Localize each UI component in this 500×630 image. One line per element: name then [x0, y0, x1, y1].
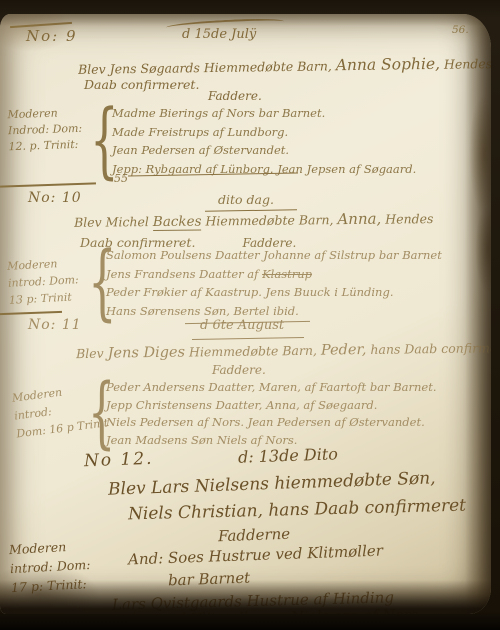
entry-body-line: Niels Christian, hans Daab confirmeret	[128, 496, 466, 525]
sponsor-list: Peder Andersens Daatter, Maren, af Faart…	[106, 379, 437, 449]
child-name: Peder,	[321, 342, 367, 359]
margin-note: Moderen introd: Dom: 13 p: Trinit	[7, 254, 80, 309]
margin-line: 13 p: Trinit	[8, 288, 80, 309]
sponsor-list: Madme Bierings af Nors bar Barnet. Made …	[112, 104, 416, 178]
page-edge-shadow	[465, 14, 491, 614]
body-text: Blev Jens Søgaards Hiemmedøbte Barn,	[78, 58, 336, 77]
child-name: Anna,	[337, 210, 381, 228]
struck-word: Klastrup	[262, 267, 312, 281]
margin-mark: 55	[114, 172, 128, 185]
page-edge-shadow	[0, 14, 491, 26]
child-name: Anna Sophie,	[336, 55, 440, 74]
body-text: Hiemmedøbte Barn,	[201, 212, 337, 228]
entry-body-line: Blev Jens Diges Hiemmedøbte Barn, Peder,…	[76, 337, 491, 362]
entry-body-line: Blev Michel Backes Hiemmedøbte Barn, Ann…	[74, 208, 434, 231]
entry-date: dito dag.	[218, 192, 274, 207]
sponsor-text: Jens Frandsens Daatter af	[106, 267, 262, 281]
sponsor-line: Niels Pedersen af Nors. Jean Pedersen af…	[106, 414, 437, 432]
entry-body-line: Daab confirmeret.	[84, 77, 199, 92]
margin-note: Moderen Indrod: Dom: 12. p. Trinit:	[7, 105, 83, 156]
entry-body-line: Blev Lars Nielsens hiemmedøbte Søn,	[108, 468, 436, 499]
sponsor-line: Peder Frøkier af Kaastrup. Jens Buuck i …	[106, 283, 442, 302]
entry-body-line: Blev Jens Søgaards Hiemmedøbte Barn, Ann…	[78, 53, 491, 78]
divider-stroke	[0, 311, 62, 315]
father-name: Jens Diges	[108, 345, 186, 362]
faddere-label: Fadderne	[218, 525, 291, 546]
paper-page: No: 9 d 15de Julÿ 56. Blev Jens Søgaards…	[0, 14, 491, 614]
faddere-label: Faddere.	[208, 89, 262, 103]
entry-date: d: 13de Dito	[238, 444, 338, 466]
sponsor-list: Salomon Poulsens Daatter Johanne af Sils…	[106, 246, 442, 320]
entry-number: No: 10	[28, 190, 82, 206]
entry-number: No 12.	[84, 449, 154, 471]
entry-number: No: 11	[28, 317, 82, 333]
father-name: Backes	[153, 214, 202, 232]
margin-line: 12. p. Trinit:	[8, 137, 83, 156]
sponsor-line: Madme Bierings af Nors bar Barnet.	[112, 104, 416, 123]
body-text: Hendes	[381, 211, 433, 227]
entry-date: d 6te August	[200, 318, 284, 333]
sponsor-line: Jepp Christensens Daatter, Anna, af Søeg…	[106, 397, 437, 415]
page-edge-shadow	[0, 580, 491, 614]
sponsor-line: Jean Pedersen af Østervandet.	[112, 141, 416, 160]
divider-stroke	[0, 182, 96, 187]
faddere-label: Faddere.	[212, 363, 266, 377]
sponsor-line: Salomon Poulsens Daatter Johanne af Sils…	[106, 246, 442, 265]
body-text: Blev	[76, 346, 108, 361]
entry-date: d 15de Julÿ	[182, 27, 256, 42]
sponsor-line: Peder Andersens Daatter, Maren, af Faart…	[106, 379, 437, 397]
entry-number: No: 9	[26, 27, 78, 45]
body-text: Blev Michel	[74, 214, 153, 230]
manuscript-scan: No: 9 d 15de Julÿ 56. Blev Jens Søgaards…	[0, 0, 500, 630]
sponsor-line: Made Freistrups af Lundborg.	[112, 123, 416, 142]
sponsor-line: And: Soes Hustrue ved Klitmøller	[128, 542, 383, 569]
sponsor-line: Jens Frandsens Daatter af Klastrup	[106, 265, 442, 284]
body-text: Hiemmedøbte Barn,	[185, 343, 321, 360]
